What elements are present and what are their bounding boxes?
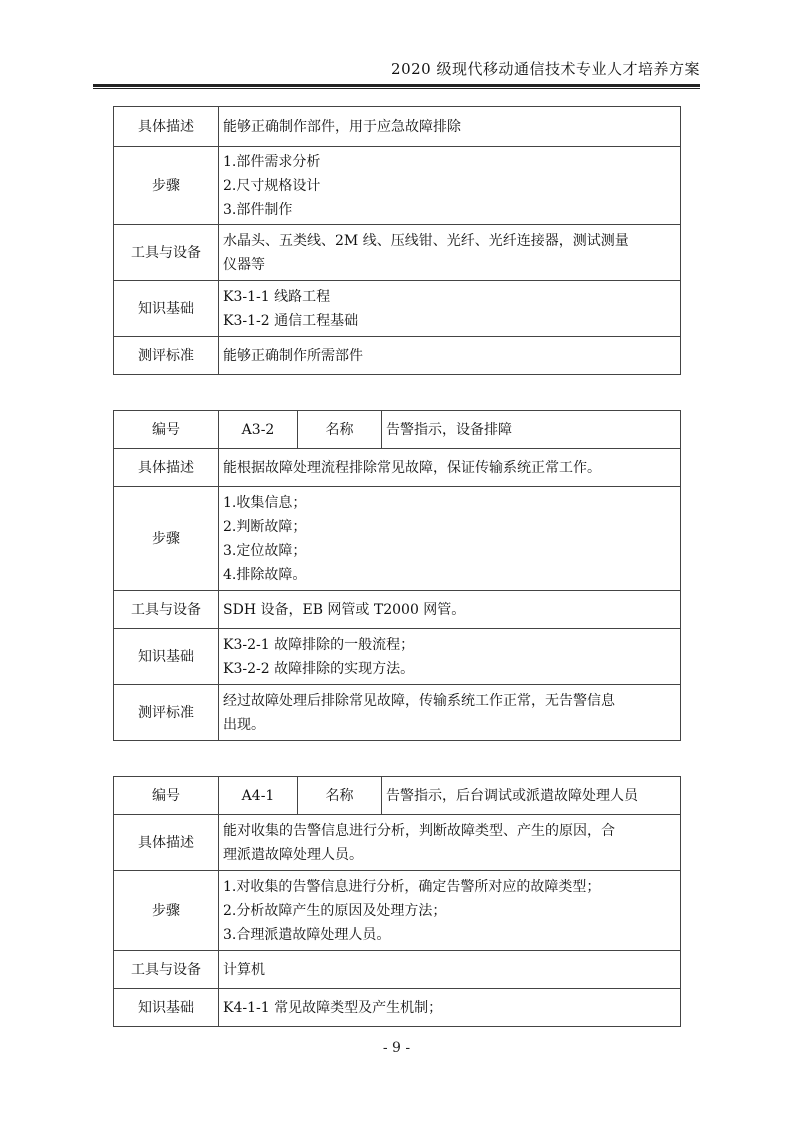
row-label: 测评标准 bbox=[114, 337, 219, 375]
row-value: K3-1-1 线路工程 K3-1-2 通信工程基础 bbox=[219, 281, 681, 337]
row-label: 工具与设备 bbox=[114, 951, 219, 989]
table-row: 测评标准 经过故障处理后排除常见故障，传输系统工作正常，无告警信息 出现。 bbox=[114, 685, 681, 741]
row-value: 1.部件需求分析 2.尺寸规格设计 3.部件制作 bbox=[219, 147, 681, 225]
header-rule-thick bbox=[93, 84, 700, 87]
header-rule-thin bbox=[93, 88, 700, 89]
row-value: 能根据故障处理流程排除常见故障，保证传输系统正常工作。 bbox=[219, 449, 681, 487]
row-label: 具体描述 bbox=[114, 815, 219, 871]
row-value: 1.对收集的告警信息进行分析，确定告警所对应的故障类型； 2.分析故障产生的原因… bbox=[219, 871, 681, 951]
table-row: 知识基础 K3-2-1 故障排除的一般流程； K3-2-2 故障排除的实现方法。 bbox=[114, 629, 681, 685]
row-value: 计算机 bbox=[219, 951, 681, 989]
row-value: 能够正确制作所需部件 bbox=[219, 337, 681, 375]
row-value: SDH 设备，EB 网管或 T2000 网管。 bbox=[219, 591, 681, 629]
row-label: 步骤 bbox=[114, 147, 219, 225]
table-row: 步骤 1.部件需求分析 2.尺寸规格设计 3.部件制作 bbox=[114, 147, 681, 225]
table-row: 步骤 1.对收集的告警信息进行分析，确定告警所对应的故障类型； 2.分析故障产生… bbox=[114, 871, 681, 951]
table-row: 工具与设备 SDH 设备，EB 网管或 T2000 网管。 bbox=[114, 591, 681, 629]
row-value: 能对收集的告警信息进行分析，判断故障类型、产生的原因，合 理派遣故障处理人员。 bbox=[219, 815, 681, 871]
table-row: 工具与设备 计算机 bbox=[114, 951, 681, 989]
row-value: 水晶头、五类线、2M 线、压线钳、光纤、光纤连接器，测试测量 仪器等 bbox=[219, 225, 681, 281]
table-row: 测评标准 能够正确制作所需部件 bbox=[114, 337, 681, 375]
table-row: 知识基础 K3-1-1 线路工程 K3-1-2 通信工程基础 bbox=[114, 281, 681, 337]
row-value: 经过故障处理后排除常见故障，传输系统工作正常，无告警信息 出现。 bbox=[219, 685, 681, 741]
row-label: 具体描述 bbox=[114, 449, 219, 487]
page-header-title: 2020 级现代移动通信技术专业人才培养方案 bbox=[93, 58, 700, 80]
table-row: 步骤 1.收集信息； 2.判断故障； 3.定位故障； 4.排除故障。 bbox=[114, 487, 681, 591]
name-label: 名称 bbox=[298, 777, 382, 815]
row-label: 工具与设备 bbox=[114, 225, 219, 281]
row-label: 工具与设备 bbox=[114, 591, 219, 629]
name-label: 名称 bbox=[298, 411, 382, 449]
name-value: 告警指示，后台调试或派遣故障处理人员 bbox=[382, 777, 681, 815]
row-label: 步骤 bbox=[114, 871, 219, 951]
table-row: 具体描述 能够正确制作部件，用于应急故障排除 bbox=[114, 107, 681, 147]
id-value: A4-1 bbox=[219, 777, 298, 815]
row-label: 具体描述 bbox=[114, 107, 219, 147]
table-header-row: 编号 A3-2 名称 告警指示，设备排障 bbox=[114, 411, 681, 449]
row-value: 能够正确制作部件，用于应急故障排除 bbox=[219, 107, 681, 147]
spec-table-continued: 具体描述 能够正确制作部件，用于应急故障排除 步骤 1.部件需求分析 2.尺寸规… bbox=[113, 106, 681, 375]
row-label: 测评标准 bbox=[114, 685, 219, 741]
row-value: 1.收集信息； 2.判断故障； 3.定位故障； 4.排除故障。 bbox=[219, 487, 681, 591]
row-label: 知识基础 bbox=[114, 281, 219, 337]
id-value: A3-2 bbox=[219, 411, 298, 449]
id-label: 编号 bbox=[114, 777, 219, 815]
row-value: K4-1-1 常见故障类型及产生机制； bbox=[219, 989, 681, 1027]
table-header-row: 编号 A4-1 名称 告警指示，后台调试或派遣故障处理人员 bbox=[114, 777, 681, 815]
spec-table-a4-1: 编号 A4-1 名称 告警指示，后台调试或派遣故障处理人员 具体描述 能对收集的… bbox=[113, 776, 681, 1027]
table-row: 知识基础 K4-1-1 常见故障类型及产生机制； bbox=[114, 989, 681, 1027]
row-value: K3-2-1 故障排除的一般流程； K3-2-2 故障排除的实现方法。 bbox=[219, 629, 681, 685]
row-label: 知识基础 bbox=[114, 989, 219, 1027]
table-row: 具体描述 能根据故障处理流程排除常见故障，保证传输系统正常工作。 bbox=[114, 449, 681, 487]
page-number: - 9 - bbox=[0, 1040, 793, 1056]
row-label: 步骤 bbox=[114, 487, 219, 591]
name-value: 告警指示，设备排障 bbox=[382, 411, 681, 449]
id-label: 编号 bbox=[114, 411, 219, 449]
row-label: 知识基础 bbox=[114, 629, 219, 685]
table-row: 工具与设备 水晶头、五类线、2M 线、压线钳、光纤、光纤连接器，测试测量 仪器等 bbox=[114, 225, 681, 281]
table-row: 具体描述 能对收集的告警信息进行分析，判断故障类型、产生的原因，合 理派遣故障处… bbox=[114, 815, 681, 871]
spec-table-a3-2: 编号 A3-2 名称 告警指示，设备排障 具体描述 能根据故障处理流程排除常见故… bbox=[113, 410, 681, 741]
